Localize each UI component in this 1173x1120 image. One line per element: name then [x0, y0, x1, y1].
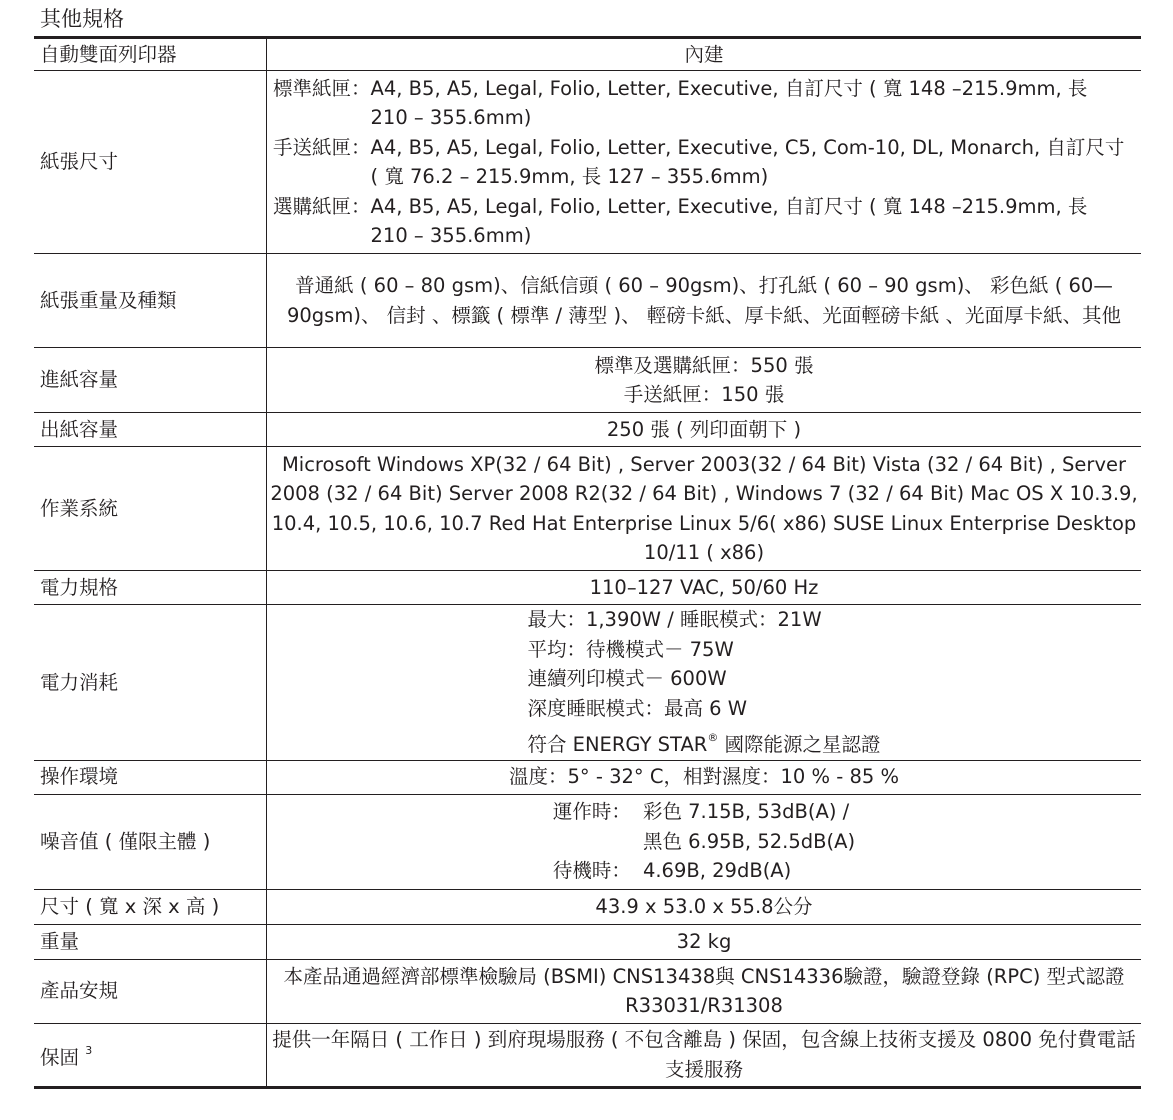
- row-label: 電力規格: [34, 571, 267, 605]
- row-value: 250 張 ( 列印面朝下 ): [267, 413, 1142, 447]
- row-label: 電力消耗: [34, 605, 267, 761]
- row-value: 最大：1,390W / 睡眠模式：21W 平均：待機模式－ 75W 連續列印模式…: [267, 605, 1142, 761]
- row-label: 進紙容量: [34, 348, 267, 413]
- table-row: 紙張重量及種類 普通紙 ( 60 – 80 gsm)、信紙信頭 ( 60 – 9…: [34, 254, 1141, 348]
- noise-list: 運作時： 彩色 7.15B, 53dB(A) / 黑色 6.95B, 52.5d…: [553, 797, 855, 886]
- row-value: 運作時： 彩色 7.15B, 53dB(A) / 黑色 6.95B, 52.5d…: [267, 794, 1142, 889]
- paper-tray-manual: 手送紙匣： A4, B5, A5, Legal, Folio, Letter, …: [267, 133, 1141, 192]
- table-row: 自動雙面列印器 內建: [34, 38, 1141, 71]
- spec-table: 自動雙面列印器 內建 紙張尺寸 標準紙匣： A4, B5, A5, Legal,…: [34, 36, 1141, 1089]
- table-row: 進紙容量 標準及選購紙匣：550 張 手送紙匣：150 張: [34, 348, 1141, 413]
- paper-size-list: 標準紙匣： A4, B5, A5, Legal, Folio, Letter, …: [267, 71, 1142, 254]
- row-label: 噪音值 ( 僅限主體 ): [34, 794, 267, 889]
- table-row: 噪音值 ( 僅限主體 ) 運作時： 彩色 7.15B, 53dB(A) / 黑色…: [34, 794, 1141, 889]
- table-row: 尺寸 ( 寬 x 深 x 高 ) 43.9 x 53.0 x 55.8公分: [34, 889, 1141, 924]
- row-label: 保固 3: [34, 1023, 267, 1087]
- paper-tray-standard: 標準紙匣： A4, B5, A5, Legal, Folio, Letter, …: [267, 74, 1141, 133]
- table-row: 紙張尺寸 標準紙匣： A4, B5, A5, Legal, Folio, Let…: [34, 71, 1141, 254]
- section-title: 其他規格: [40, 4, 124, 34]
- table-row: 電力消耗 最大：1,390W / 睡眠模式：21W 平均：待機模式－ 75W 連…: [34, 605, 1141, 761]
- row-label: 紙張重量及種類: [34, 254, 267, 348]
- table-row: 出紙容量 250 張 ( 列印面朝下 ): [34, 413, 1141, 447]
- row-label: 尺寸 ( 寬 x 深 x 高 ): [34, 889, 267, 924]
- table-row: 電力規格 110–127 VAC, 50/60 Hz: [34, 571, 1141, 605]
- row-value: Microsoft Windows XP(32 / 64 Bit) , Serv…: [267, 447, 1142, 571]
- table-row: 產品安規 本產品通過經濟部標準檢驗局 (BSMI) CNS13438與 CNS1…: [34, 959, 1141, 1023]
- paper-tray-optional: 選購紙匣： A4, B5, A5, Legal, Folio, Letter, …: [267, 192, 1141, 251]
- row-value: 普通紙 ( 60 – 80 gsm)、信紙信頭 ( 60 – 90gsm)、打孔…: [267, 254, 1142, 348]
- row-label: 紙張尺寸: [34, 71, 267, 254]
- row-label: 出紙容量: [34, 413, 267, 447]
- row-value: 標準及選購紙匣：550 張 手送紙匣：150 張: [267, 348, 1142, 413]
- table-row: 作業系統 Microsoft Windows XP(32 / 64 Bit) ,…: [34, 447, 1141, 571]
- row-value: 提供一年隔日 ( 工作日 ) 到府現場服務 ( 不包含離島 ) 保固，包含線上技…: [267, 1023, 1142, 1087]
- row-label: 作業系統: [34, 447, 267, 571]
- registered-mark: ®: [707, 731, 718, 744]
- power-consumption-list: 最大：1,390W / 睡眠模式：21W 平均：待機模式－ 75W 連續列印模式…: [527, 605, 880, 760]
- row-value: 32 kg: [267, 924, 1142, 959]
- row-value: 本產品通過經濟部標準檢驗局 (BSMI) CNS13438與 CNS14336驗…: [267, 959, 1142, 1023]
- row-value: 溫度：5° - 32° C，相對濕度：10 % - 85 %: [267, 760, 1142, 794]
- row-label: 自動雙面列印器: [34, 38, 267, 71]
- energy-star-line: 符合 ENERGY STAR® 國際能源之星認證: [527, 723, 880, 760]
- row-label: 操作環境: [34, 760, 267, 794]
- row-value: 43.9 x 53.0 x 55.8公分: [267, 889, 1142, 924]
- row-value: 110–127 VAC, 50/60 Hz: [267, 571, 1142, 605]
- table-row: 保固 3 提供一年隔日 ( 工作日 ) 到府現場服務 ( 不包含離島 ) 保固，…: [34, 1023, 1141, 1087]
- row-label: 重量: [34, 924, 267, 959]
- footnote-marker: 3: [85, 1044, 92, 1057]
- row-label: 產品安規: [34, 959, 267, 1023]
- row-value: 內建: [267, 38, 1142, 71]
- table-row: 重量 32 kg: [34, 924, 1141, 959]
- table-row: 操作環境 溫度：5° - 32° C，相對濕度：10 % - 85 %: [34, 760, 1141, 794]
